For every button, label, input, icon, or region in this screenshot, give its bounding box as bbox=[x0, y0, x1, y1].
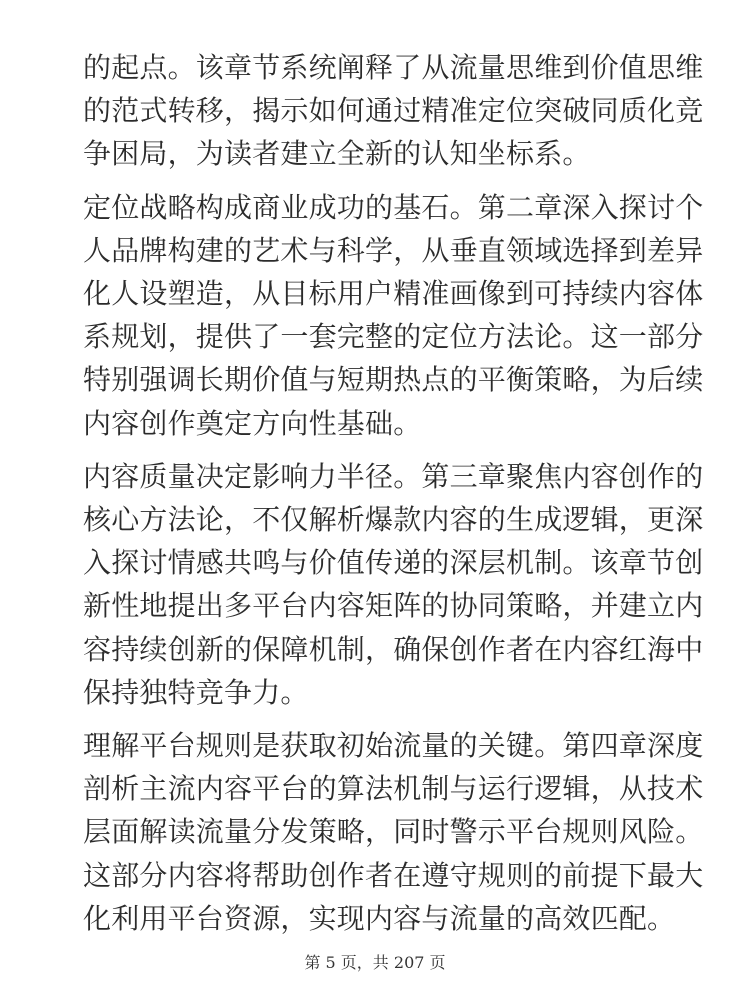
paragraph-1: 的起点。该章节系统阐释了从流量思维到价值思维 的范式转移，揭示如何通过精准定位突… bbox=[83, 46, 673, 176]
text-line: 特别强调长期价值与短期热点的平衡策略，为后续 bbox=[83, 358, 673, 401]
text-line: 内容创作奠定方向性基础。 bbox=[83, 402, 673, 445]
document-page-body: 的起点。该章节系统阐释了从流量思维到价值思维 的范式转移，揭示如何通过精准定位突… bbox=[83, 46, 673, 950]
paragraph-4: 理解平台规则是获取初始流量的关键。第四章深度 剖析主流内容平台的算法机制与运行逻… bbox=[83, 724, 673, 940]
text-line: 定位战略构成商业成功的基石。第二章深入探讨个 bbox=[83, 186, 673, 229]
text-line: 化利用平台资源，实现内容与流量的高效匹配。 bbox=[83, 897, 673, 940]
text-line: 入探讨情感共鸣与价值传递的深层机制。该章节创 bbox=[83, 541, 673, 584]
text-line: 保持独特竞争力。 bbox=[83, 671, 673, 714]
text-line: 的范式转移，揭示如何通过精准定位突破同质化竞 bbox=[83, 89, 673, 132]
text-line: 容持续创新的保障机制，确保创作者在内容红海中 bbox=[83, 628, 673, 671]
paragraph-3: 内容质量决定影响力半径。第三章聚焦内容创作的 核心方法论，不仅解析爆款内容的生成… bbox=[83, 455, 673, 714]
text-line: 新性地提出多平台内容矩阵的协同策略，并建立内 bbox=[83, 584, 673, 627]
text-line: 系规划，提供了一套完整的定位方法论。这一部分 bbox=[83, 315, 673, 358]
paragraph-2: 定位战略构成商业成功的基石。第二章深入探讨个 人品牌构建的艺术与科学，从垂直领域… bbox=[83, 186, 673, 445]
text-line: 的起点。该章节系统阐释了从流量思维到价值思维 bbox=[83, 46, 673, 89]
text-line: 内容质量决定影响力半径。第三章聚焦内容创作的 bbox=[83, 455, 673, 498]
text-line: 理解平台规则是获取初始流量的关键。第四章深度 bbox=[83, 724, 673, 767]
text-line: 层面解读流量分发策略，同时警示平台规则风险。 bbox=[83, 810, 673, 853]
page-number-footer: 第 5 页，共 207 页 bbox=[0, 950, 750, 973]
text-line: 这部分内容将帮助创作者在遵守规则的前提下最大 bbox=[83, 854, 673, 897]
text-line: 化人设塑造，从目标用户精准画像到可持续内容体 bbox=[83, 272, 673, 315]
text-line: 核心方法论，不仅解析爆款内容的生成逻辑，更深 bbox=[83, 498, 673, 541]
text-line: 剖析主流内容平台的算法机制与运行逻辑，从技术 bbox=[83, 767, 673, 810]
text-line: 人品牌构建的艺术与科学，从垂直领域选择到差异 bbox=[83, 229, 673, 272]
text-line: 争困局，为读者建立全新的认知坐标系。 bbox=[83, 132, 673, 175]
